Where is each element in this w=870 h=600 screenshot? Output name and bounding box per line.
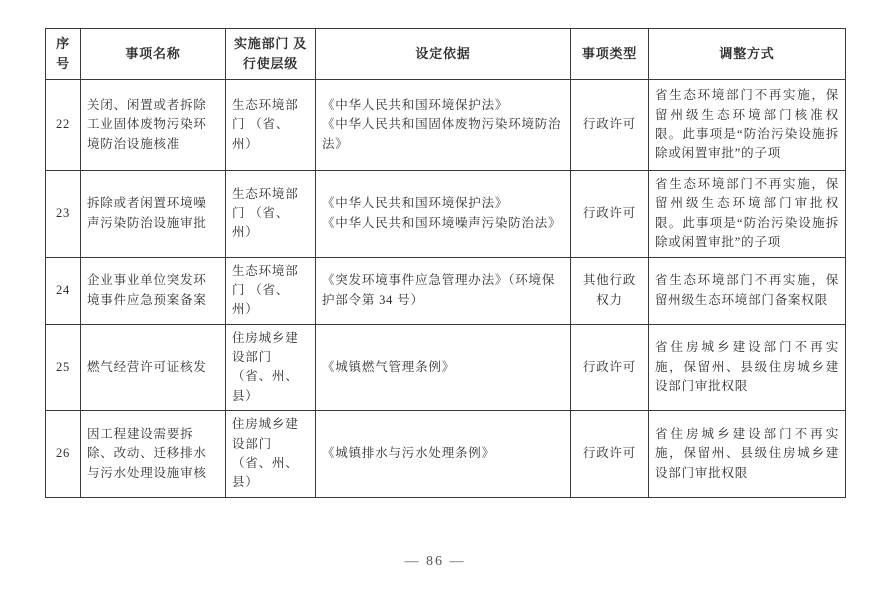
item-name: 企业事业单位突发环境事件应急预案备案 [81,257,226,324]
item-basis: 《突发环境事件应急管理办法》（环境保护部令第 34 号） [316,257,571,324]
col-header-type: 事项类型 [571,29,649,80]
row-id: 26 [46,411,81,498]
header-row: 序号 事项名称 实施部门 及行使层级 设定依据 事项类型 调整方式 [46,29,846,80]
item-type: 其他行政 权力 [571,257,649,324]
item-dept: 住房城乡建设部门（省、州、县） [226,411,316,498]
col-header-dept: 实施部门 及行使层级 [226,29,316,80]
item-name: 燃气经营许可证核发 [81,324,226,411]
row-id: 23 [46,171,81,258]
item-type: 行政许可 [571,324,649,411]
item-adjust: 省住房城乡建设部门不再实施，保留州、县级住房城乡建设部门审批权限 [649,411,846,498]
item-basis: 《城镇燃气管理条例》 [316,324,571,411]
item-type: 行政许可 [571,171,649,258]
col-header-name: 事项名称 [81,29,226,80]
basis-line: 《中华人民共和国固体废物污染环境防治法》 [322,115,564,154]
item-name: 因工程建设需要拆除、改动、迁移排水与污水处理设施审核 [81,411,226,498]
item-basis: 《城镇排水与污水处理条例》 [316,411,571,498]
basis-line: 《中华人民共和国环境噪声污染防治法》 [322,214,564,233]
item-adjust: 省生态环境部门不再实施，保留州级生态环境部门备案权限 [649,257,846,324]
basis-line: 《中华人民共和国环境保护法》 [322,194,564,213]
row-id: 25 [46,324,81,411]
item-type: 行政许可 [571,411,649,498]
basis-line: 《城镇排水与污水处理条例》 [322,444,564,463]
page-number: — 86 — [0,554,870,570]
item-adjust: 省生态环境部门不再实施，保留州级生态环境部门核准权限。此事项是“防治污染设施拆除… [649,80,846,171]
row-id: 24 [46,257,81,324]
col-header-id: 序号 [46,29,81,80]
table-row: 25 燃气经营许可证核发 住房城乡建设部门（省、州、县） 《城镇燃气管理条例》 … [46,324,846,411]
item-basis: 《中华人民共和国环境保护法》 《中华人民共和国环境噪声污染防治法》 [316,171,571,258]
table-row: 26 因工程建设需要拆除、改动、迁移排水与污水处理设施审核 住房城乡建设部门（省… [46,411,846,498]
row-id: 22 [46,80,81,171]
basis-line: 《突发环境事件应急管理办法》（环境保护部令第 34 号） [322,271,564,310]
items-table: 序号 事项名称 实施部门 及行使层级 设定依据 事项类型 调整方式 22 关闭、… [45,28,846,498]
item-adjust: 省生态环境部门不再实施，保留州级生态环境部门审批权限。此事项是“防治污染设施拆除… [649,171,846,258]
item-name: 拆除或者闲置环境噪声污染防治设施审批 [81,171,226,258]
item-type: 行政许可 [571,80,649,171]
col-header-basis: 设定依据 [316,29,571,80]
basis-line: 《城镇燃气管理条例》 [322,358,564,377]
col-header-adjust: 调整方式 [649,29,846,80]
item-adjust: 省住房城乡建设部门不再实施，保留州、县级住房城乡建设部门审批权限 [649,324,846,411]
document-page: 序号 事项名称 实施部门 及行使层级 设定依据 事项类型 调整方式 22 关闭、… [0,0,870,600]
basis-line: 《中华人民共和国环境保护法》 [322,96,564,115]
table-row: 24 企业事业单位突发环境事件应急预案备案 生态环境部门 （省、州） 《突发环境… [46,257,846,324]
item-basis: 《中华人民共和国环境保护法》 《中华人民共和国固体废物污染环境防治法》 [316,80,571,171]
item-name: 关闭、闲置或者拆除工业固体废物污染环境防治设施核准 [81,80,226,171]
item-dept: 生态环境部门 （省、州） [226,171,316,258]
item-dept: 住房城乡建设部门（省、州、县） [226,324,316,411]
item-dept: 生态环境部门 （省、州） [226,257,316,324]
item-dept: 生态环境部门 （省、州） [226,80,316,171]
table-row: 23 拆除或者闲置环境噪声污染防治设施审批 生态环境部门 （省、州） 《中华人民… [46,171,846,258]
table-row: 22 关闭、闲置或者拆除工业固体废物污染环境防治设施核准 生态环境部门 （省、州… [46,80,846,171]
